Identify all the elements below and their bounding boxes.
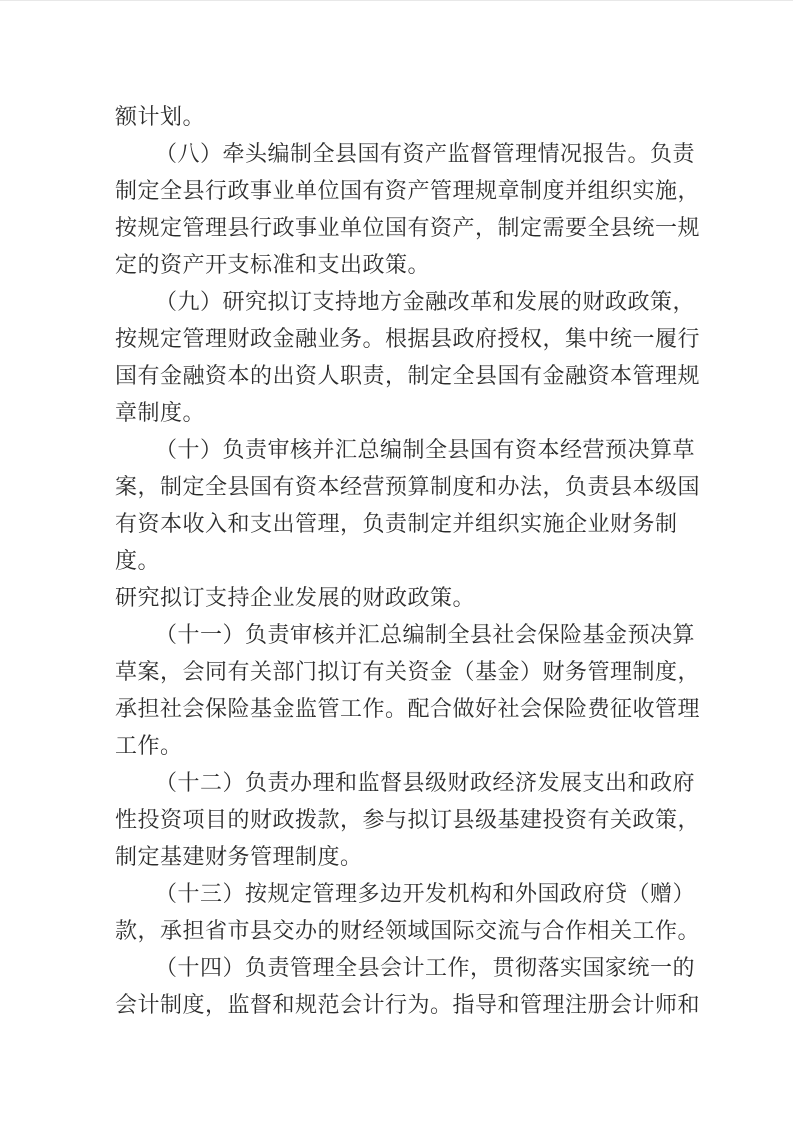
- paragraph-item-12: （十二）负责办理和监督县级财政经济发展支出和政府 性投资项目的财政拨款，参与拟订…: [115, 765, 701, 876]
- paragraph-item-9: （九）研究拟订支持地方金融改革和发展的财政政策， 按规定管理财政金融业务。根据县…: [115, 284, 701, 432]
- paragraph-item-11: （十一）负责审核并汇总编制全县社会保险基金预决算 草案，会同有关部门拟订有关资金…: [115, 617, 701, 765]
- paragraph-item-10: （十）负责审核并汇总编制全县国有资本经营预决算草 案，制定全县国有资本经营预算制…: [115, 432, 701, 617]
- text-block: 额计划。 （八）牵头编制全县国有资产监督管理情况报告。负责 制定全县行政事业单位…: [115, 99, 701, 1024]
- paragraph-continuation: 额计划。: [115, 99, 701, 136]
- document-page: 额计划。 （八）牵头编制全县国有资产监督管理情况报告。负责 制定全县行政事业单位…: [0, 0, 793, 1122]
- paragraph-item-14: （十四）负责管理全县会计工作，贯彻落实国家统一的 会计制度，监督和规范会计行为。…: [115, 950, 701, 1024]
- scan-edge-line: [0, 0, 793, 1]
- paragraph-item-13: （十三）按规定管理多边开发机构和外国政府贷（赠） 款，承担省市县交办的财经领域国…: [115, 876, 701, 950]
- paragraph-item-8: （八）牵头编制全县国有资产监督管理情况报告。负责 制定全县行政事业单位国有资产管…: [115, 136, 701, 284]
